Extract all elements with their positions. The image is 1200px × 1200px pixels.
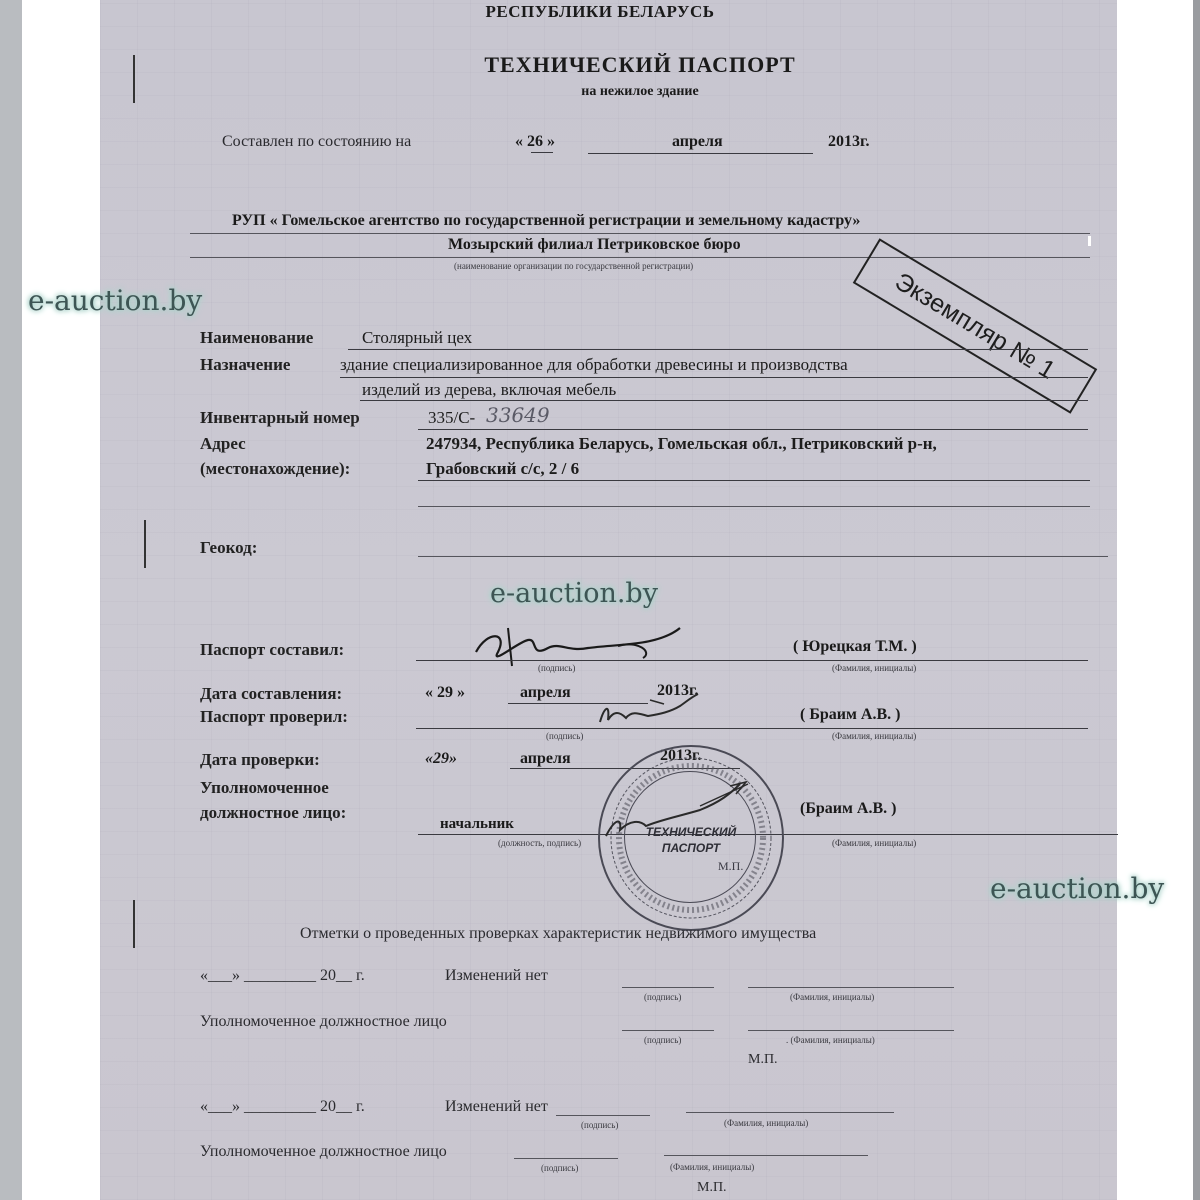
underline <box>190 257 1090 258</box>
name-field <box>664 1155 868 1156</box>
purpose-label: Назначение <box>200 355 290 375</box>
signature-compiler <box>468 622 688 670</box>
binder-mark <box>144 520 146 568</box>
check1-date: «___» _________ 20__ г. <box>200 967 365 985</box>
inventory-value: 335/С- <box>428 408 475 428</box>
geocode-field <box>418 556 1108 557</box>
name-caption: . (Фамилия, инициалы) <box>786 1035 875 1045</box>
check-date-label: Дата проверки: <box>200 750 320 770</box>
watermark: e-auction.by <box>490 578 658 609</box>
underline <box>418 480 1090 481</box>
checked-by-label: Паспорт проверил: <box>200 707 348 727</box>
check2-mp: М.П. <box>697 1180 727 1196</box>
name-caption: (Фамилия, инициалы) <box>724 1118 808 1128</box>
address-label-2: (местонахождение): <box>200 459 350 479</box>
signature-field <box>556 1115 650 1116</box>
name-caption: (Фамилия, инициалы) <box>832 838 916 848</box>
authorized-label-1: Уполномоченное <box>200 778 329 798</box>
purpose-line1: здание специализированное для обработки … <box>340 355 848 375</box>
organization-branch: Мозырский филиал Петриковское бюро <box>448 236 741 254</box>
underline <box>418 506 1090 507</box>
inventory-label: Инвентарный номер <box>200 408 360 428</box>
name-field <box>748 1030 954 1031</box>
signature-caption: (подпись) <box>644 992 681 1002</box>
check-date-day: «29» <box>425 750 457 768</box>
underline <box>340 377 1088 378</box>
scan-artifact <box>1088 236 1091 246</box>
check2-status: Изменений нет <box>445 1098 548 1116</box>
compiled-day: « 26 » <box>515 133 555 151</box>
check1-mp: М.П. <box>748 1052 778 1068</box>
name-field <box>748 987 954 988</box>
underline <box>531 152 553 153</box>
name-label: Наименование <box>200 328 313 348</box>
checked-by-name: ( Браим А.В. ) <box>800 706 900 724</box>
binder-mark <box>133 900 135 948</box>
name-field <box>686 1112 894 1113</box>
signature-caption: (подпись) <box>541 1163 578 1173</box>
check2-official-label: Уполномоченное должностное лицо <box>200 1143 447 1161</box>
address-label: Адрес <box>200 434 246 454</box>
underline <box>418 429 1088 430</box>
check-date-month: апреля <box>520 750 571 768</box>
underline <box>348 349 1088 350</box>
check1-status: Изменений нет <box>445 967 548 985</box>
compile-date-day: « 29 » <box>425 684 465 702</box>
compile-date-label: Дата составления: <box>200 684 342 704</box>
check1-official-label: Уполномоченное должностное лицо <box>200 1013 447 1031</box>
checks-section-title: Отметки о проведенных проверках характер… <box>300 925 816 943</box>
watermark: e-auction.by <box>990 872 1164 905</box>
signature-caption: (подпись) <box>538 663 575 673</box>
seal-text-line2: ПАСПОРТ <box>600 841 782 855</box>
signature-field <box>622 1030 714 1031</box>
signature-caption: (подпись) <box>581 1120 618 1130</box>
name-caption: (Фамилия, инициалы) <box>670 1162 754 1172</box>
geocode-label: Геокод: <box>200 538 257 558</box>
page-title: ТЕХНИЧЕСКИЙ ПАСПОРТ <box>0 52 1200 78</box>
name-value: Столярный цех <box>362 328 472 348</box>
name-caption: (Фамилия, инициалы) <box>790 992 874 1002</box>
underline <box>416 728 1088 729</box>
scan-edge-right <box>1193 0 1200 1200</box>
underline <box>416 660 1088 661</box>
underline <box>190 233 1090 234</box>
compiled-year: 2013г. <box>828 133 869 151</box>
compiled-label: Составлен по состоянию на <box>222 133 411 151</box>
compiled-month: апреля <box>672 133 723 151</box>
header-republic: РЕСПУБЛИКИ БЕЛАРУСЬ <box>0 2 1200 22</box>
name-caption: (Фамилия, инициалы) <box>832 663 916 673</box>
scan-edge-left <box>0 0 22 1200</box>
signature-field <box>514 1158 618 1159</box>
organization-name: РУП « Гомельское агентство по государств… <box>232 212 860 230</box>
position-caption: (должность, подпись) <box>498 838 581 848</box>
authorized-name: (Браим А.В. ) <box>800 800 896 818</box>
underline <box>588 153 813 154</box>
underline <box>360 400 1088 401</box>
seal-mp: М.П. <box>718 859 743 874</box>
address-line1: 247934, Республика Беларусь, Гомельская … <box>426 434 937 454</box>
compiled-by-label: Паспорт составил: <box>200 640 344 660</box>
address-line2: Грабовский с/с, 2 / 6 <box>426 459 579 479</box>
signature-authorized <box>600 780 760 840</box>
signature-field <box>622 987 714 988</box>
signature-caption: (подпись) <box>546 731 583 741</box>
purpose-line2: изделий из дерева, включая мебель <box>362 380 616 400</box>
authorized-position: начальник <box>440 816 514 833</box>
organization-caption: (наименование организации по государстве… <box>454 261 693 271</box>
inventory-handwritten: 33649 <box>486 403 550 427</box>
watermark: e-auction.by <box>28 284 202 317</box>
signature-caption: (подпись) <box>644 1035 681 1045</box>
compiled-by-name: ( Юрецкая Т.М. ) <box>793 638 917 656</box>
signature-checker <box>590 692 710 728</box>
page-subtitle: на нежилое здание <box>0 84 1200 100</box>
authorized-label-2: должностное лицо: <box>200 803 346 823</box>
compile-date-month: апреля <box>520 684 571 702</box>
name-caption: (Фамилия, инициалы) <box>832 731 916 741</box>
check2-date: «___» _________ 20__ г. <box>200 1098 365 1116</box>
